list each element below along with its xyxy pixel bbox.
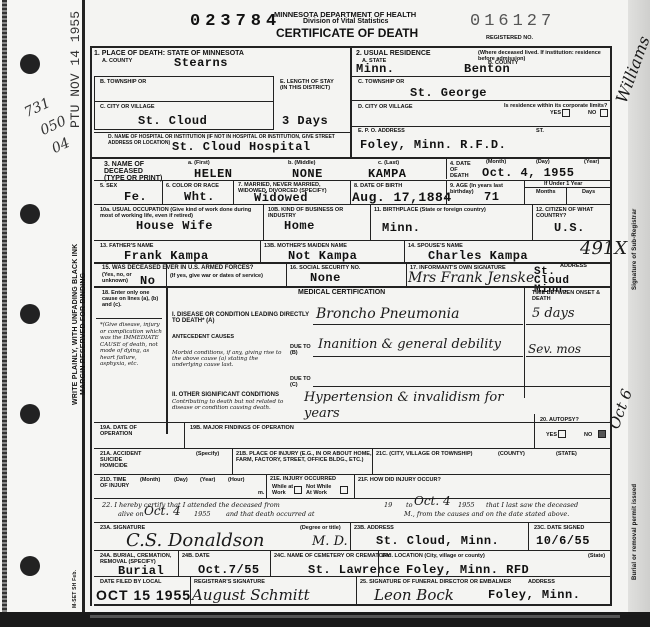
burial-location-label: 24d. LOCATION (City, village or county) [382, 553, 485, 559]
age-label: 9. AGE (In years last birthday) [450, 183, 510, 195]
length-of-stay: 3 Days [282, 114, 328, 128]
from-year-prefix: 19 [384, 502, 392, 508]
due-to-b-label: DUE TO (b) [290, 344, 314, 356]
death-county: Stearns [174, 56, 228, 70]
attended-to-year: 1955 [458, 502, 475, 508]
alive-on-label: alive on [118, 511, 144, 517]
received-stamp: PTU NOV 14 1955 [68, 11, 83, 128]
death-occurred-statement: and that death occurred at [226, 511, 315, 517]
autopsy-no-checkbox[interactable] [598, 430, 606, 438]
other-conditions: Hypertension & invalidism for years [304, 390, 514, 422]
due-to-c-label: DUE TO (c) [290, 376, 314, 388]
last-saw-statement: that I last saw the deceased [486, 502, 578, 508]
last-name-label: c. (Last) [378, 160, 399, 166]
funeral-director-label: 25. SIGNATURE OF FUNERAL DIRECTOR OR EMB… [360, 579, 511, 585]
burial-location: Foley, Minn. RFD [406, 563, 529, 577]
while-at-work-checkbox[interactable] [294, 486, 302, 494]
first-name-label: a. (First) [188, 160, 210, 166]
operation-findings-label: 19b. MAJOR FINDINGS OF OPERATION [190, 425, 294, 431]
ink-instruction: WRITE PLAINLY, WITH UNFADING BLACK INK [72, 244, 79, 405]
sex-label: 5. SEX [100, 183, 117, 189]
morbid-conditions-note: Morbid conditions, if any, giving rise t… [172, 350, 282, 368]
length-of-stay-label: e. LENGTH OF STAY (in this district) [280, 79, 340, 91]
township-label: b. TOWNSHIP OR [100, 79, 146, 85]
perforated-edge [2, 0, 7, 612]
injury-time-label: 21d. TIME OF INJURY [100, 477, 130, 489]
date-signed: 10/6/55 [536, 534, 590, 548]
birthplace-label: 11. BIRTHPLACE (State or foreign country… [374, 207, 486, 213]
certificate-number: 023784 [190, 12, 281, 31]
residence-county: Benton [464, 62, 510, 76]
director-address: Foley, Minn. [488, 588, 580, 602]
middle-name-label: b. (Middle) [288, 160, 316, 166]
age: 71 [484, 190, 499, 204]
citizenship: U.S. [554, 221, 585, 235]
year-label: (Year) [584, 159, 599, 165]
cause-a-label: I. DISEASE OR CONDITION LEADING DIRECTLY… [172, 312, 312, 324]
physician-address: St. Cloud, Minn. [376, 534, 499, 548]
certificate-title: CERTIFICATE OF DEATH [276, 26, 418, 40]
sub-registrar-label: Signature of Sub-Registrar [632, 208, 638, 290]
permit-label: Burial or removal permit issued [632, 484, 638, 580]
autopsy-label: 20. AUTOPSY? [540, 417, 579, 423]
how-injury-label: 21f. HOW DID INJURY OCCUR? [358, 477, 441, 483]
limits-yes-checkbox[interactable] [562, 109, 570, 117]
autopsy-yes-label: YES [546, 432, 557, 438]
spouse-annotation: 491X [580, 238, 627, 259]
date-signed-label: 23c. DATE SIGNED [534, 525, 584, 531]
armed-forces-note: (If yes, give war or dates of service) [170, 273, 263, 279]
physician-address-label: 23b. ADDRESS [354, 525, 394, 531]
autopsy-yes-checkbox[interactable] [558, 430, 566, 438]
to-label: to [406, 502, 413, 508]
mother-maiden-name: Not Kampa [288, 249, 357, 263]
specify-label: (Specify) [196, 451, 219, 457]
punch-hole [20, 54, 40, 74]
registrar-signature: August Schmitt [192, 586, 310, 604]
middle-name: NONE [292, 167, 323, 181]
division-name: Division of Vital Statistics [303, 18, 388, 25]
city-label: c. CITY OR VILLAGE [100, 104, 155, 110]
limits-no-label: NO [588, 110, 596, 116]
po-address: Foley, Minn. R.F.D. [360, 138, 506, 152]
autopsy-no-label: NO [584, 432, 592, 438]
scan-bottom-edge [0, 612, 650, 627]
sex: Fe. [124, 190, 147, 204]
street-label: ST. [536, 128, 544, 134]
date-filed: OCT 15 1955 [96, 587, 191, 603]
not-at-work-label: Not While At Work [306, 484, 336, 496]
pencil-note-1: 731 [22, 95, 53, 121]
residence-state: Minn. [356, 62, 395, 76]
informant-signature: Mrs Frank Jenske [408, 270, 534, 286]
antecedent-label: ANTECEDENT CAUSES [172, 334, 234, 340]
last-name: KAMPA [368, 167, 407, 181]
injury-city-label: 21c. (CITY, VILLAGE OR TOWNSHIP) [376, 451, 472, 457]
father-name: Frank Kampa [124, 249, 209, 263]
usual-residence-label: 2. USUAL RESIDENCE [356, 50, 431, 57]
day-label: (Day) [536, 159, 550, 165]
while-at-work-label: While at Work [272, 484, 294, 496]
occupation-label: 10a. USUAL OCCUPATION (Give kind of work… [100, 207, 260, 219]
social-security: None [310, 271, 341, 285]
cause-a-onset: 5 days [532, 306, 575, 321]
death-city: St. Cloud [138, 114, 207, 128]
onset-label: TIME BETWEEN ONSET & DEATH [532, 290, 606, 302]
injury-place-label: 21b. PLACE OF INJURY (e.g., in or about … [236, 451, 372, 463]
date-filed-label: DATE FILED BY LOCAL [100, 579, 162, 585]
medical-instruction: 18. Enter only one cause on lines (a), (… [102, 290, 160, 308]
other-conditions-label: II. OTHER SIGNIFICANT CONDITIONS [172, 392, 279, 398]
name-label: 3. NAME OF DECEASED (Type or Print) [104, 161, 164, 182]
armed-forces-label: 15. WAS DECEASED EVER IN U.S. ARMED FORC… [102, 265, 253, 271]
burial-date: Oct.7/55 [198, 563, 260, 577]
race-label: 6. COLOR OR RACE [166, 183, 219, 189]
residence-township: St. George [410, 86, 487, 100]
margin-instruction: MARGIN RESERVED FOR BINDING [80, 273, 87, 395]
attended-to-date: Oct. 4 [414, 494, 451, 508]
res-city-label: d. CITY OR VILLAGE [358, 104, 413, 110]
armed-forces-sub-label: (Yes, no, or unknown) [102, 272, 134, 284]
birth-date-label: 8. DATE OF BIRTH [354, 183, 402, 189]
injury-county-label: (COUNTY) [498, 451, 525, 457]
county-label: a. COUNTY [102, 58, 132, 64]
punch-hole [20, 404, 40, 424]
pencil-note-3: 04 [49, 135, 72, 157]
accident-label: 21a. ACCIDENT SUICIDE HOMICIDE [100, 451, 150, 469]
business: Home [284, 219, 315, 233]
days-label: Days [582, 189, 595, 195]
date-of-death: Oct. 4, 1955 [482, 166, 574, 180]
director-address-label: ADDRESS [528, 579, 555, 585]
certificate-form: 023784 MINNESOTA DEPARTMENT OF HEALTH Di… [88, 4, 628, 610]
occupation: House Wife [136, 219, 213, 233]
immediate-cause-note: *(Give disease, injury or complication w… [100, 322, 162, 368]
binding-margin: PTU NOV 14 1955 731 050 04 WRITE PLAINLY… [0, 0, 85, 612]
month-label: (Month) [486, 159, 506, 165]
medical-certification-title: MEDICAL CERTIFICATION [298, 289, 385, 296]
injury-year-label: (Year) [200, 477, 215, 483]
po-address-label: e. P. O. ADDRESS [358, 128, 405, 134]
not-at-work-checkbox[interactable] [340, 486, 348, 494]
registered-number: 016127 [470, 12, 555, 31]
date-of-death-label: 4. DATE OF DEATH [450, 161, 476, 179]
causes-statement: M., from the causes and on the date stat… [404, 511, 569, 517]
business-label: 10b. KIND OF BUSINESS OR INDUSTRY [268, 207, 358, 219]
first-name: HELEN [194, 167, 233, 181]
cause-b-onset: Sev. mos [528, 342, 581, 356]
punch-hole [20, 204, 40, 224]
physician-signature: C.S. Donaldson [126, 530, 265, 551]
injury-day-label: (Day) [174, 477, 188, 483]
citizen-label: 12. CITIZEN OF WHAT COUNTRY? [536, 207, 610, 219]
punch-hole [20, 304, 40, 324]
registrar-label: REGISTRAR'S SIGNATURE [194, 579, 265, 585]
form-code: M-SET SH Feb. [72, 570, 78, 608]
meridiem-label: m. [258, 490, 264, 496]
cause-b: Inanition & general debility [318, 336, 518, 353]
cemetery-name: St. Lawrence [308, 563, 400, 577]
limits-no-checkbox[interactable] [600, 109, 608, 117]
cause-a: Broncho Pneumonia [316, 306, 459, 322]
birth-date: Aug. 17,1884 [352, 190, 452, 205]
attendance-statement: 22. I hereby certify that I attended the… [102, 502, 280, 508]
months-label: Months [536, 189, 556, 195]
alive-on-date: Oct. 4 [144, 504, 181, 518]
injury-hour-label: (Hour) [228, 477, 245, 483]
punch-hole [20, 556, 40, 576]
marital-status: Widowed [254, 191, 308, 205]
injury-state-label: (STATE) [556, 451, 577, 457]
hospital-name: St. Cloud Hospital [172, 140, 311, 154]
burial-date-label: 24b. DATE [182, 553, 210, 559]
cemetery-label: 24c. NAME OF CEMETERY OR CREMATORY [274, 553, 390, 559]
registered-number-label: REGISTERED NO. [486, 35, 533, 41]
injury-month-label: (Month) [140, 477, 160, 483]
other-conditions-note: Contributing to death but not related to… [172, 399, 292, 411]
res-township-label: c. TOWNSHIP OR [358, 79, 404, 85]
death-certificate-scan: PTU NOV 14 1955 731 050 04 WRITE PLAINLY… [0, 0, 650, 627]
limits-yes-label: YES [550, 110, 561, 116]
degree-label: (Degree or title) [300, 525, 341, 531]
funeral-director-signature: Leon Bock [374, 586, 454, 604]
burial-state-label: (State) [588, 553, 605, 559]
spouse-name: Charles Kampa [428, 249, 528, 263]
operation-date-label: 19a. DATE OF OPERATION [100, 425, 160, 437]
birthplace: Minn. [382, 221, 421, 235]
race: Wht. [184, 190, 215, 204]
injury-occurred-label: 21e. INJURY OCCURRED [270, 476, 336, 482]
alive-on-year: 1955 [194, 511, 211, 517]
corporate-limits-label: Is residence within its corporate limits… [504, 103, 607, 109]
physician-degree: M. D. [312, 534, 348, 549]
